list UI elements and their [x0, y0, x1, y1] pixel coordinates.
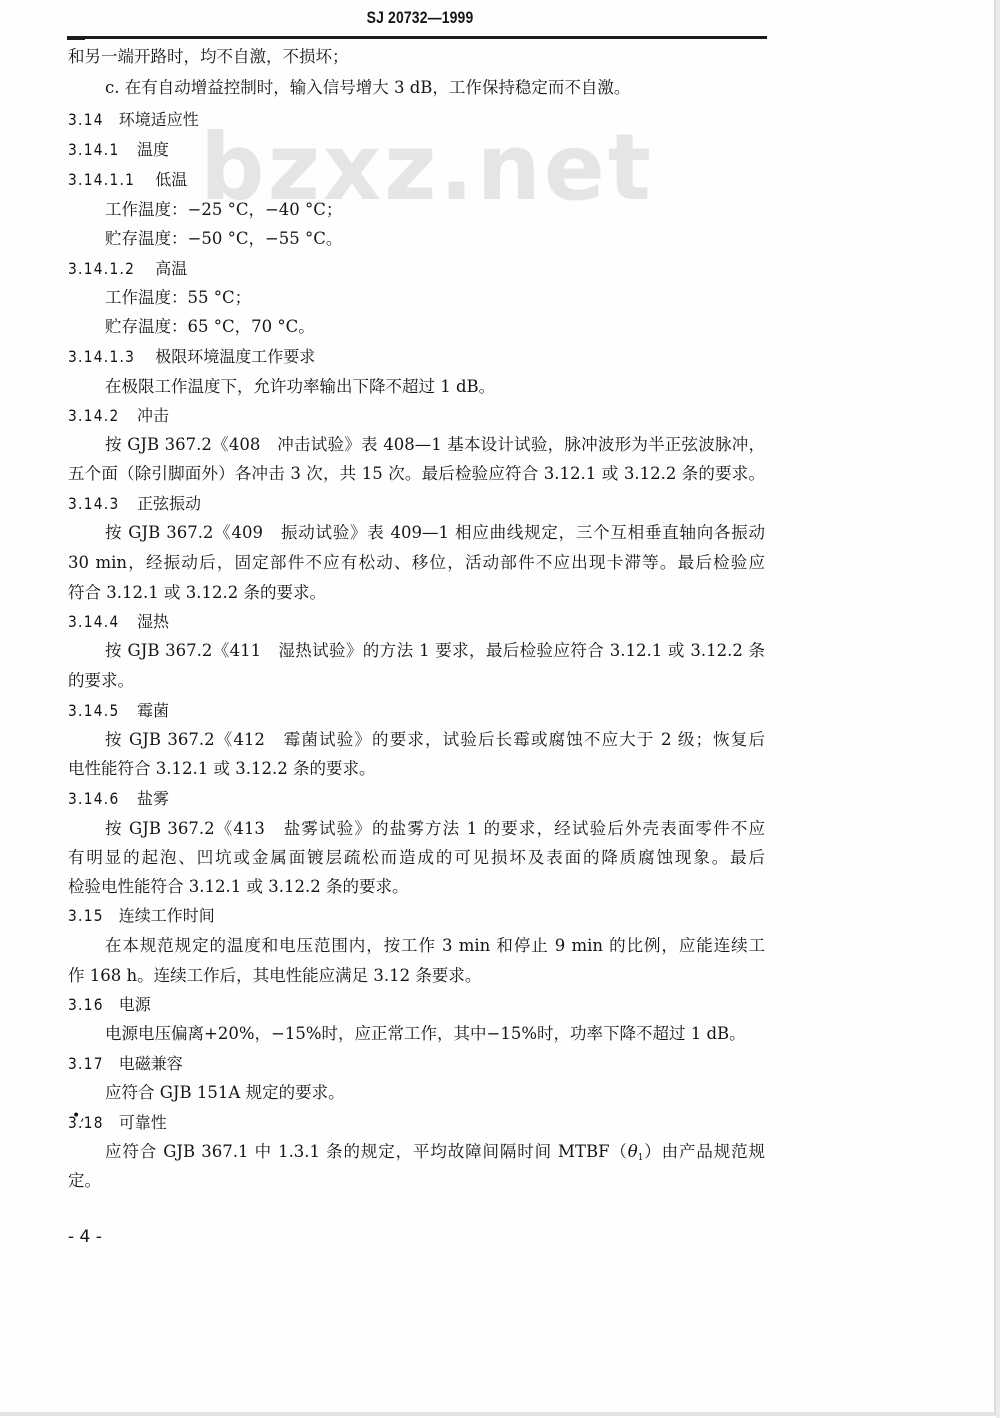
page-edge-shadow	[996, 0, 1000, 1418]
header-rule	[67, 36, 767, 39]
text-line: 在本规范规定的温度和电压范围内，按工作 3 min 和停止 9 min 的比例，…	[105, 935, 765, 957]
section-heading-3-14-3: 3.14.3 正弦振动	[68, 493, 201, 515]
theta-symbol: θ	[628, 1142, 638, 1161]
section-heading-3-14-5: 3.14.5 霉菌	[68, 700, 169, 722]
text-segment: ）由产品规范规	[643, 1142, 765, 1161]
section-title: 电磁兼容	[119, 1054, 183, 1073]
text-line: 作 168 h。连续工作后，其电性能应满足 3.12 条要求。	[68, 965, 481, 987]
text-line: 定。	[68, 1170, 101, 1192]
text-line: 检验电性能符合 3.12.1 或 3.12.2 条的要求。	[68, 876, 408, 898]
section-title: 电源	[119, 995, 151, 1014]
text-line: 有明显的起泡、凹坑或金属面镀层疏松而造成的可见损坏及表面的降质腐蚀现象。最后	[68, 847, 765, 869]
text-line: 的要求。	[68, 670, 134, 692]
standard-code-header: SJ 20732—1999	[76, 8, 765, 28]
section-number: 3.14.1.3	[68, 346, 135, 368]
section-heading-3-14-6: 3.14.6 盐雾	[68, 788, 169, 810]
text-line: 按 GJB 367.2《413 盐雾试验》的盐雾方法 1 的要求，经试验后外壳表…	[105, 818, 765, 840]
section-heading-3-18: 3.18 可靠性	[68, 1112, 167, 1134]
section-heading-3-14-4: 3.14.4 湿热	[68, 611, 169, 633]
section-title: 温度	[137, 140, 169, 159]
section-heading-3-14-1: 3.14.1 温度	[68, 139, 169, 161]
section-title: 湿热	[137, 612, 169, 631]
text-line: 按 GJB 367.2《408 冲击试验》表 408—1 基本设计试验，脉冲波形…	[105, 434, 765, 456]
section-title: 盐雾	[137, 789, 169, 808]
section-title: 极限环境温度工作要求	[155, 347, 315, 366]
text-segment: 应符合 GJB 367.1 中 1.3.1 条的规定，平均故障间隔时间 MTBF…	[105, 1142, 628, 1161]
text-line: 工作温度：−25 °C，−40 °C；	[105, 199, 342, 221]
section-heading-3-17: 3.17 电磁兼容	[68, 1053, 183, 1075]
page-number: - 4 -	[68, 1227, 102, 1247]
list-item-c: c. 在有自动增益控制时，输入信号增大 3 dB，工作保持稳定而不自激。	[105, 77, 630, 99]
text-line: 30 min，经振动后，固定部件不应有松动、移位，活动部件不应出现卡滞等。最后检…	[68, 552, 765, 574]
text-line: 按 GJB 367.2《412 霉菌试验》的要求，试验后长霉或腐蚀不应大于 2 …	[105, 729, 765, 751]
section-title: 环境适应性	[119, 110, 199, 129]
text-line: 和另一端开路时，均不自激，不损坏；	[68, 46, 349, 68]
text-line: 按 GJB 367.2《411 湿热试验》的方法 1 要求，最后检验应符合 3.…	[105, 640, 765, 662]
section-heading-3-15: 3.15 连续工作时间	[68, 905, 215, 927]
text-line: 五个面（除引脚面外）各冲击 3 次，共 15 次。最后检验应符合 3.12.1 …	[68, 463, 765, 485]
section-heading-3-16: 3.16 电源	[68, 994, 151, 1016]
section-number: 3.14.1.2	[68, 258, 135, 280]
section-number: 3.14.2	[68, 405, 120, 427]
section-title: 高温	[155, 259, 187, 278]
section-heading-3-14-2: 3.14.2 冲击	[68, 405, 169, 427]
text-line: 工作温度：55 °C；	[105, 287, 251, 309]
section-heading-3-14-1-1: 3.14.1.1 低温	[68, 169, 187, 191]
section-title: 连续工作时间	[119, 906, 215, 925]
section-number: 3.17	[68, 1053, 104, 1075]
section-number: 3.14.6	[68, 788, 120, 810]
section-title: 冲击	[137, 406, 169, 425]
section-number: 3.16	[68, 994, 104, 1016]
text-line: 按 GJB 367.2《409 振动试验》表 409—1 相应曲线规定，三个互相…	[105, 522, 765, 544]
section-heading-3-14-1-2: 3.14.1.2 高温	[68, 258, 187, 280]
section-number: 3.14	[68, 109, 104, 131]
text-line: 应符合 GJB 151A 规定的要求。	[105, 1082, 345, 1104]
section-number: 3.18	[68, 1112, 104, 1134]
section-title: 可靠性	[119, 1113, 167, 1132]
text-line: 在极限工作温度下，允许功率输出下降不超过 1 dB。	[105, 376, 495, 398]
text-line: 贮存温度：65 °C，70 °C。	[105, 316, 315, 338]
section-heading-3-14-1-3: 3.14.1.3 极限环境温度工作要求	[68, 346, 315, 368]
section-number: 3.15	[68, 905, 104, 927]
text-line: 贮存温度：−50 °C，−55 °C。	[105, 228, 342, 250]
section-number: 3.14.4	[68, 611, 120, 633]
section-number: 3.14.1.1	[68, 169, 135, 191]
section-number: 3.14.1	[68, 139, 120, 161]
text-line-mtbf: 应符合 GJB 367.1 中 1.3.1 条的规定，平均故障间隔时间 MTBF…	[105, 1141, 765, 1169]
text-line: 电性能符合 3.12.1 或 3.12.2 条的要求。	[68, 758, 375, 780]
text-line: 符合 3.12.1 或 3.12.2 条的要求。	[68, 582, 326, 604]
section-title: 低温	[155, 170, 187, 189]
section-title: 霉菌	[137, 701, 169, 720]
section-number: 3.14.3	[68, 493, 120, 515]
text-line: 电源电压偏离+20%，−15%时，应正常工作，其中−15%时，功率下降不超过 1…	[105, 1023, 746, 1045]
section-number: 3.14.5	[68, 700, 120, 722]
document-page: SJ 20732—1999 bzxz.net 和另一端开路时，均不自激，不损坏；…	[0, 0, 996, 1416]
section-heading-3-14: 3.14 环境适应性	[68, 109, 199, 131]
section-title: 正弦振动	[137, 494, 201, 513]
